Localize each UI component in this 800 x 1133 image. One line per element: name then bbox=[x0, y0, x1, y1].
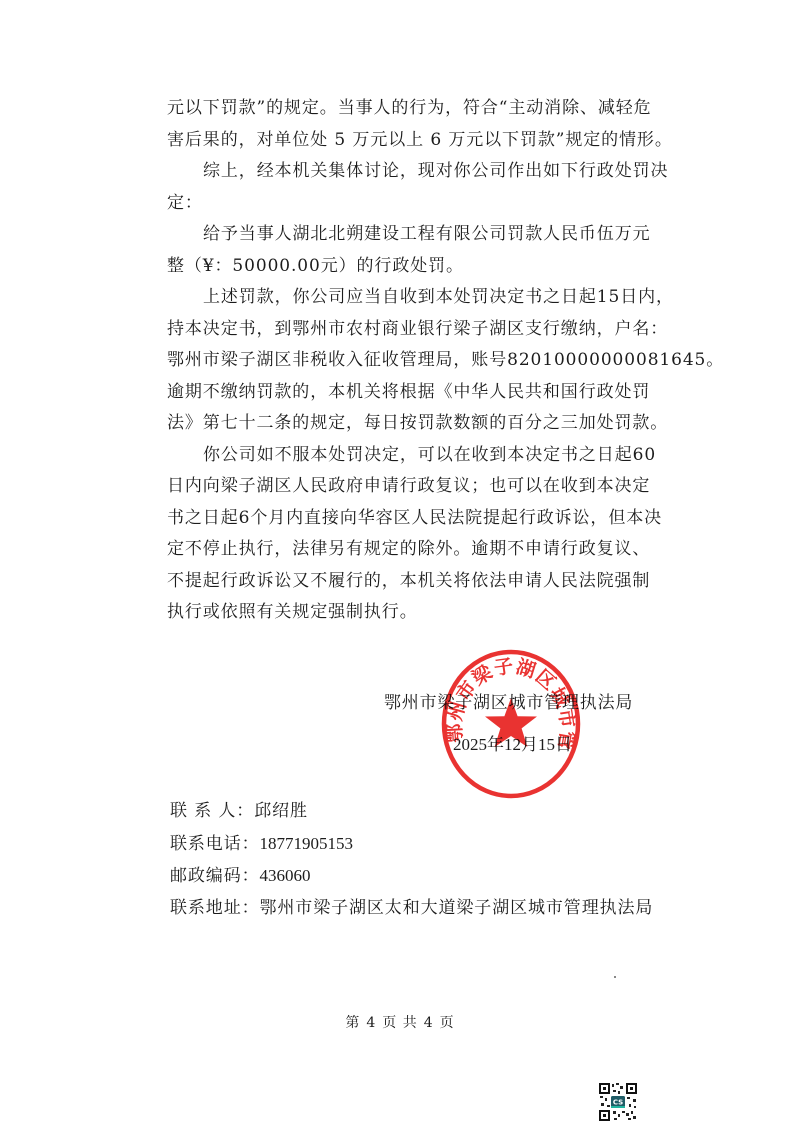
contact-phone-value: 18771905153 bbox=[260, 834, 354, 853]
scan-speck bbox=[614, 976, 616, 978]
contact-address-value: 鄂州市梁子湖区太和大道梁子湖区城市管理执法局 bbox=[260, 898, 654, 918]
contact-address-label: 联系地址： bbox=[170, 898, 260, 918]
text-line: 定不停止执行，法律另有规定的除外。逾期不申请行政复议、 bbox=[167, 534, 639, 566]
paragraph-penalty: 给予当事人湖北北朔建设工程有限公司罚款人民币伍万元 整（¥：50000.00元）… bbox=[167, 219, 639, 282]
svg-text:CS: CS bbox=[613, 1099, 623, 1107]
contact-phone-label: 联系电话： bbox=[170, 834, 260, 854]
page-mid: 页 共 bbox=[382, 1015, 417, 1031]
paragraph-decision-intro: 综上，经本机关集体讨论，现对你公司作出如下行政处罚决 定： bbox=[167, 156, 639, 219]
text-line: 定： bbox=[167, 188, 639, 220]
text-line: 鄂州市梁子湖区非税收入征收管理局，账号82010000000081645。 bbox=[167, 345, 639, 377]
star-icon bbox=[485, 698, 537, 747]
page-suffix: 页 bbox=[440, 1015, 455, 1031]
text-line: 上述罚款，你公司应当自收到本处罚决定书之日起15日内， bbox=[167, 282, 639, 314]
contact-person-row: 联 系 人：邱绍胜 bbox=[170, 796, 653, 828]
text-line: 整（¥：50000.00元）的行政处罚。 bbox=[167, 251, 639, 283]
postal-code-label: 邮政编码： bbox=[170, 866, 260, 886]
official-seal-icon: 鄂州市梁子湖区城市管理执法局 bbox=[440, 648, 582, 800]
text-line: 持本决定书，到鄂州市农村商业银行梁子湖区支行缴纳，户名： bbox=[167, 314, 639, 346]
page-prefix: 第 bbox=[345, 1015, 360, 1031]
paragraph-appeal-rights: 你公司如不服本处罚决定，可以在收到本决定书之日起60 日内向梁子湖区人民政府申请… bbox=[167, 440, 639, 629]
contact-address-row: 联系地址：鄂州市梁子湖区太和大道梁子湖区城市管理执法局 bbox=[170, 893, 653, 925]
contact-phone-row: 联系电话：18771905153 bbox=[170, 828, 653, 861]
document-page: 元以下罚款”的规定。当事人的行为，符合“主动消除、减轻危 害后果的，对单位处 5… bbox=[0, 0, 800, 1133]
contact-person-value: 邱绍胜 bbox=[254, 801, 308, 821]
text-line: 综上，经本机关集体讨论，现对你公司作出如下行政处罚决 bbox=[167, 156, 639, 188]
text-line: 逾期不缴纳罚款的，本机关将根据《中华人民共和国行政处罚 bbox=[167, 377, 639, 409]
text-line: 法》第七十二条的规定，每日按罚款数额的百分之三加处罚款。 bbox=[167, 408, 639, 440]
postal-code-row: 邮政编码：436060 bbox=[170, 860, 653, 893]
contact-info: 联 系 人：邱绍胜 联系电话：18771905153 邮政编码：436060 联… bbox=[170, 796, 653, 924]
text-line: 不提起行政诉讼又不履行的，本机关将依法申请人民法院强制 bbox=[167, 566, 639, 598]
text-line: 元以下罚款”的规定。当事人的行为，符合“主动消除、减轻危 bbox=[167, 93, 639, 125]
total-pages: 4 bbox=[424, 1015, 434, 1031]
current-page: 4 bbox=[366, 1015, 376, 1031]
qr-code-icon[interactable]: CS bbox=[598, 1082, 638, 1122]
text-line: 给予当事人湖北北朔建设工程有限公司罚款人民币伍万元 bbox=[167, 219, 639, 251]
contact-person-label: 联 系 人： bbox=[170, 801, 254, 821]
decision-body: 元以下罚款”的规定。当事人的行为，符合“主动消除、减轻危 害后果的，对单位处 5… bbox=[167, 93, 639, 629]
paragraph-payment-instructions: 上述罚款，你公司应当自收到本处罚决定书之日起15日内， 持本决定书，到鄂州市农村… bbox=[167, 282, 639, 440]
svg-text:鄂州市梁子湖区城市管理执法局: 鄂州市梁子湖区城市管理执法局 bbox=[440, 648, 580, 753]
text-line: 执行或依照有关规定强制执行。 bbox=[167, 597, 639, 629]
text-line: 书之日起6个月内直接向华容区人民法院提起行政诉讼，但本决 bbox=[167, 503, 639, 535]
text-line: 害后果的，对单位处 5 万元以上 6 万元以下罚款”规定的情形。 bbox=[167, 125, 639, 157]
text-line: 日内向梁子湖区人民政府申请行政复议；也可以在收到本决定 bbox=[167, 471, 639, 503]
text-line: 你公司如不服本处罚决定，可以在收到本决定书之日起60 bbox=[167, 440, 639, 472]
page-number: 第4页 共4页 bbox=[0, 1012, 800, 1032]
paragraph-violation-basis: 元以下罚款”的规定。当事人的行为，符合“主动消除、减轻危 害后果的，对单位处 5… bbox=[167, 93, 639, 156]
postal-code-value: 436060 bbox=[260, 866, 311, 885]
